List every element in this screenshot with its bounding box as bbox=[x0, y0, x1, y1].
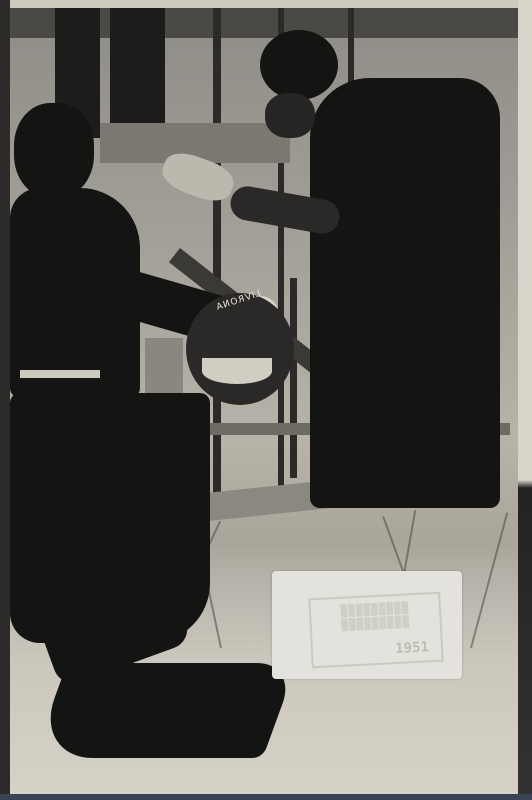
dark-post bbox=[110, 8, 165, 128]
right-diver-mask bbox=[265, 93, 315, 138]
belt-buckle bbox=[20, 370, 100, 378]
library-sticker: ▒▒▒▒▒▒▒▒▒ ▒▒▒▒▒▒▒▒▒ 1951 bbox=[272, 571, 462, 679]
left-diver-head bbox=[14, 103, 94, 198]
cover-right-edge bbox=[518, 0, 532, 800]
book-cover: LIVRONA ▒▒▒▒▒▒▒▒▒ ▒▒▒▒▒▒▒▒▒ 1951 bbox=[0, 0, 532, 800]
diving-fin bbox=[33, 663, 298, 758]
cover-left-edge bbox=[0, 0, 10, 800]
hat-band bbox=[202, 358, 272, 384]
right-diver-head bbox=[260, 30, 338, 100]
railing-post bbox=[290, 278, 297, 478]
date-stamp: ▒▒▒▒▒▒▒▒▒ ▒▒▒▒▒▒▒▒▒ 1951 bbox=[308, 592, 443, 669]
right-diver-body bbox=[310, 78, 500, 508]
cover-bottom-edge bbox=[0, 794, 532, 800]
stamp-year: 1951 bbox=[395, 640, 429, 656]
